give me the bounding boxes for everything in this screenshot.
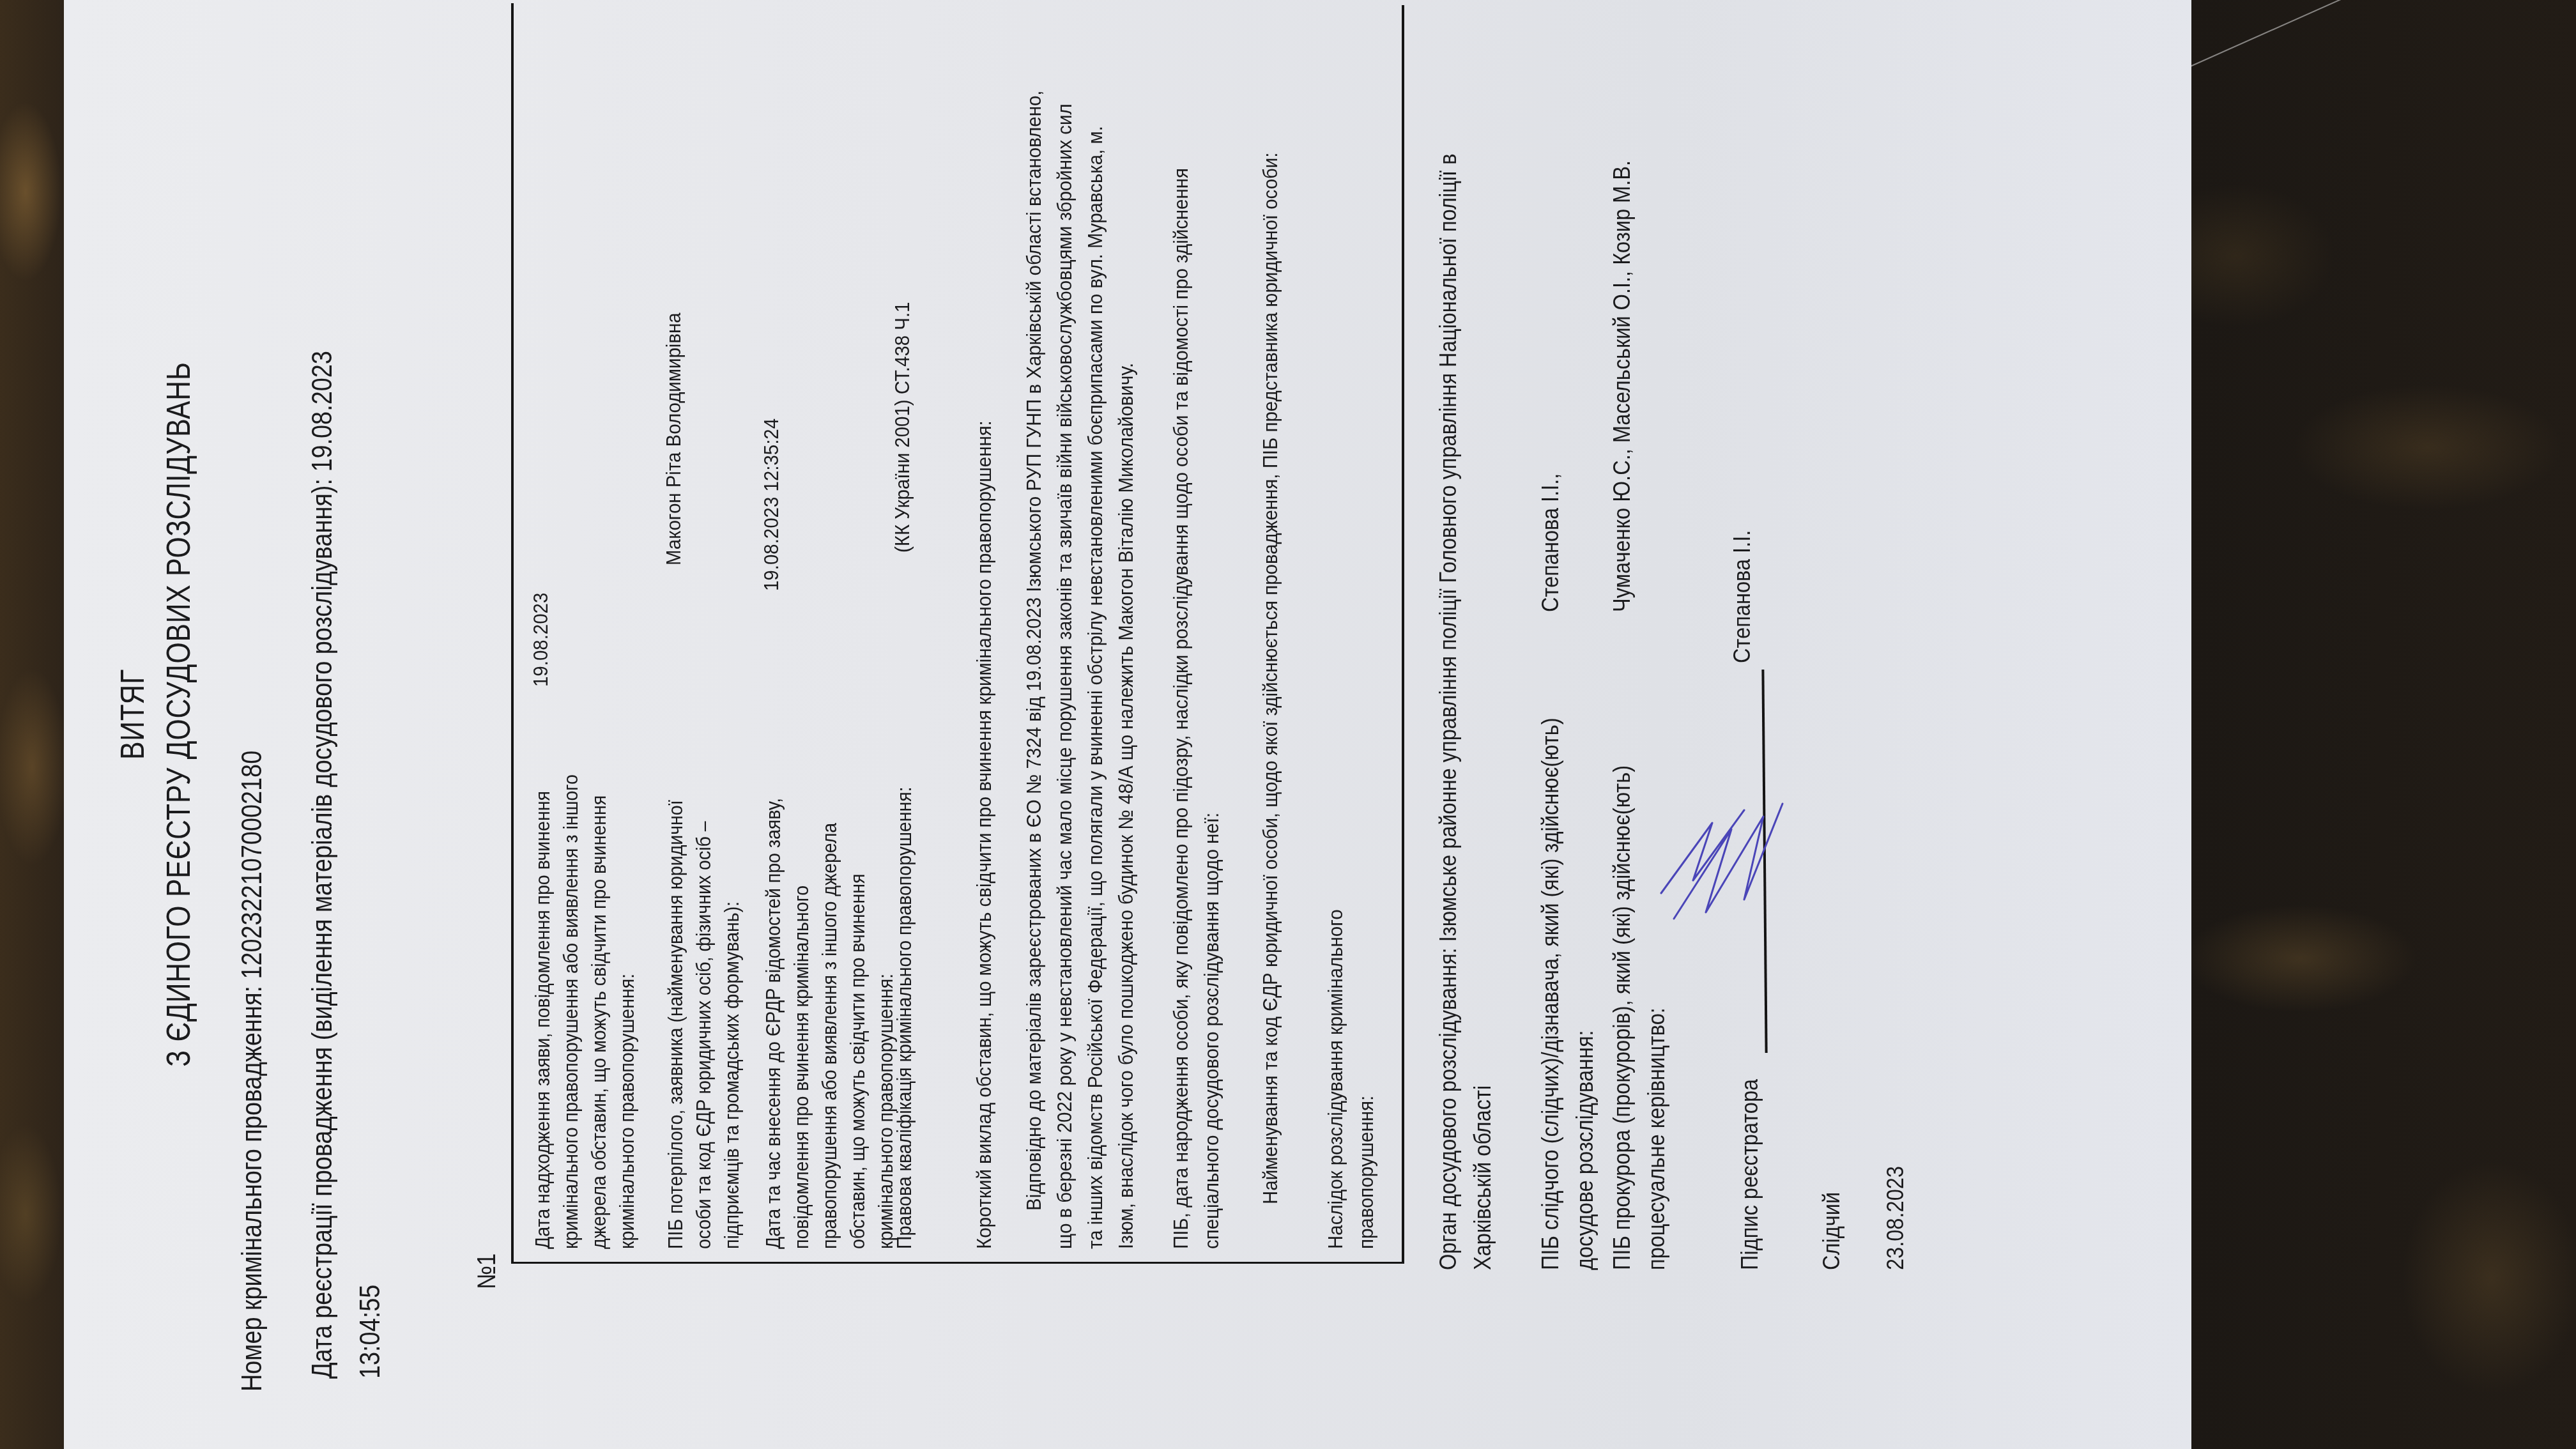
outcome-label: Наслідок розслідування кримінального [1320, 909, 1351, 1249]
investigator-label-cont: досудове розслідування: [1568, 1030, 1602, 1270]
table-row-value: 19.08.2023 12:35:24 [760, 418, 783, 591]
prosecutor-label-cont: процесуальне керівництво: [1639, 1008, 1674, 1270]
registration-date-line: Дата реєстрації провадження (виділення м… [307, 351, 339, 1379]
table-row-label: ПІБ потерпілого, заявника (найменування … [662, 761, 746, 1249]
table-row-value: (КК України 2001) СТ.438 Ч.1 [891, 302, 914, 553]
registrar-signature-label: Підпис реєстратора [1733, 1079, 1767, 1270]
summary-line: Ізюм, внаслідок чого було пошкоджено буд… [1110, 363, 1141, 1249]
suspect-label: ПІБ, дата народження особи, яку повідомл… [1165, 168, 1196, 1249]
document-title: ВИТЯГ [114, 112, 152, 1317]
paper-sheet-viewport: ВИТЯГ З ЄДИНОГО РЕЄСТРУ ДОСУДОВИХ РОЗСЛІ… [64, 0, 2191, 1449]
registration-date-label: Дата реєстрації провадження (виділення м… [307, 479, 338, 1379]
registration-time-value: 13:04:55 [355, 1285, 387, 1379]
authority-value: Ізюмське районне управління поліції Голо… [1435, 153, 1461, 942]
authority-label: Орган досудового розслідування: [1435, 947, 1461, 1270]
investigator-value: Степанова І.І., [1533, 473, 1568, 612]
summary-line: що в березні 2022 року у невстановлений … [1049, 103, 1080, 1249]
authority-value-cont: Харківській області [1466, 1085, 1500, 1270]
table-row-label: Правова кваліфікація кримінального право… [891, 661, 919, 1249]
table-row-value: Макогон Ріта Володимирівна [662, 312, 686, 565]
position-label: Слідчий [1814, 1192, 1849, 1270]
record-number: №1 [473, 1253, 502, 1289]
suspect-label-cont: спеціального досудового розслідування що… [1196, 813, 1227, 1249]
legal-entity-label: Найменування та код ЄДР юридичної особи,… [1255, 153, 1285, 1204]
authority-line: Орган досудового розслідування: Ізюмське… [1431, 153, 1466, 1270]
table-row-label: Дата надходження заяви, повідомлення про… [529, 761, 641, 1249]
summary-line: та інших відомств Російської Федерації, … [1080, 126, 1110, 1249]
summary-label: Короткий виклад обставин, що можуть свід… [969, 420, 999, 1249]
record-table: Дата надходження заяви, повідомлення про… [511, 3, 1402, 1264]
case-number-value: 12023221070002180 [236, 751, 268, 979]
table-row-label: Дата та час внесення до ЄРДР відомостей … [760, 761, 900, 1249]
table-row-value: 19.08.2023 [529, 593, 553, 687]
summary-line: Відповідно до матеріалів зареєстрованих … [1018, 91, 1049, 1211]
registrar-name: Степанова І.І. [1725, 530, 1759, 663]
case-number-label: Номер кримінального провадження: [236, 986, 268, 1391]
registry-extract-document: ВИТЯГ З ЄДИНОГО РЕЄСТРУ ДОСУДОВИХ РОЗСЛІ… [64, 0, 2191, 1449]
table-bottom-border [1402, 5, 1404, 1264]
investigator-label: ПІБ слідчого (слідчих)/дізнавача, який (… [1533, 717, 1568, 1270]
registration-date-value: 19.08.2023 [307, 351, 338, 471]
issue-date: 23.08.2023 [1878, 1166, 1913, 1270]
case-number-line: Номер кримінального провадження: 1202322… [236, 751, 268, 1391]
prosecutor-label: ПІБ прокурора (прокурорів), який (які) з… [1605, 765, 1639, 1270]
outcome-label-cont: правопорушення: [1351, 1096, 1381, 1249]
prosecutor-value: Чумаченко Ю.С., Масельський О.І., Козир … [1605, 160, 1639, 612]
handwritten-signature-icon [1636, 772, 1802, 938]
document-subtitle: З ЄДИНОГО РЕЄСТРУ ДОСУДОВИХ РОЗСЛІДУВАНЬ [160, 112, 198, 1317]
